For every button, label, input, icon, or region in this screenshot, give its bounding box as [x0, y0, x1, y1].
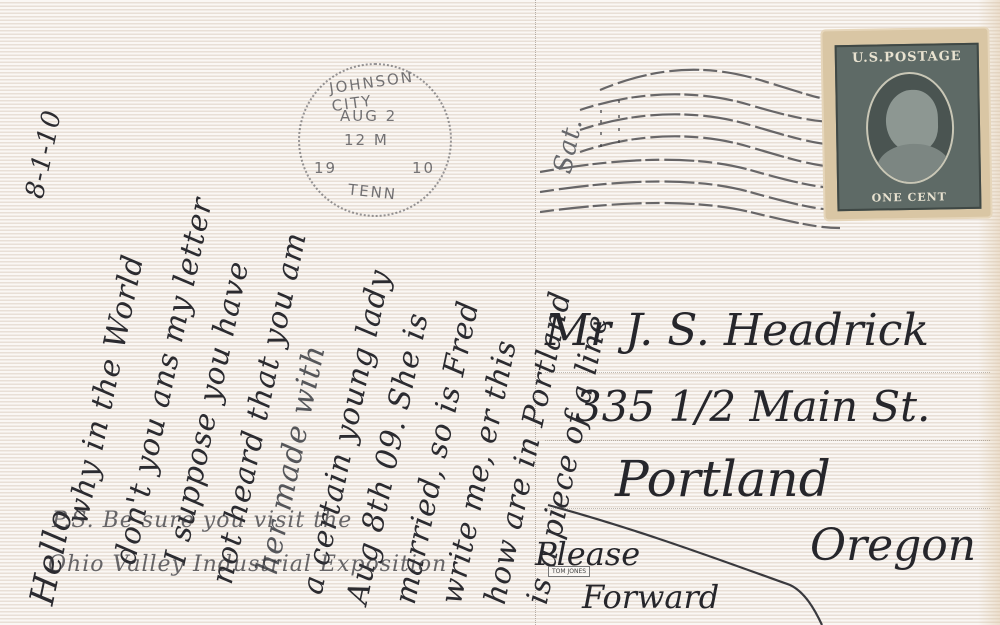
franklin-portrait-icon — [865, 71, 955, 185]
stamp-bottom-label: ONE CENT — [839, 190, 979, 205]
forward-note-line2: Forward — [582, 578, 719, 616]
postmark-date: AUG 2 — [340, 107, 397, 125]
postmark-circle: JOHNSON CITY AUG 2 12 M 19 10 TENN — [298, 63, 452, 217]
publisher-logo: TOM JONES — [548, 566, 590, 577]
stamp-top-label: U.S.POSTAGE — [837, 49, 977, 66]
address-name: Mr J. S. Headrick — [545, 305, 929, 356]
postmark-year-right: 10 — [412, 159, 435, 177]
address-rule — [545, 440, 990, 441]
printed-ps-line2: Ohio Valley Industrial Exposition — [48, 552, 447, 577]
printed-ps-line1: P.S. Be sure you visit the — [52, 508, 352, 533]
postage-stamp: U.S.POSTAGE ONE CENT — [822, 29, 990, 220]
address-street: 335 1/2 Main St. — [575, 382, 930, 431]
address-rule — [545, 372, 990, 373]
postmark-year-left: 19 — [314, 159, 337, 177]
postmark-time: 12 M — [344, 131, 389, 149]
address-state: Oregon — [810, 520, 976, 571]
postcard-back: JOHNSON CITY AUG 2 12 M 19 10 TENN U.S.P… — [0, 0, 1000, 625]
cancellation-wavy-lines — [540, 60, 840, 230]
postmark-state: TENN — [347, 180, 398, 203]
message-date: 8-1-10 — [20, 107, 68, 201]
address-rule — [545, 508, 990, 509]
address-city: Portland — [615, 450, 831, 508]
portrait-bust — [876, 143, 951, 184]
stamp-frame: U.S.POSTAGE ONE CENT — [835, 43, 982, 211]
